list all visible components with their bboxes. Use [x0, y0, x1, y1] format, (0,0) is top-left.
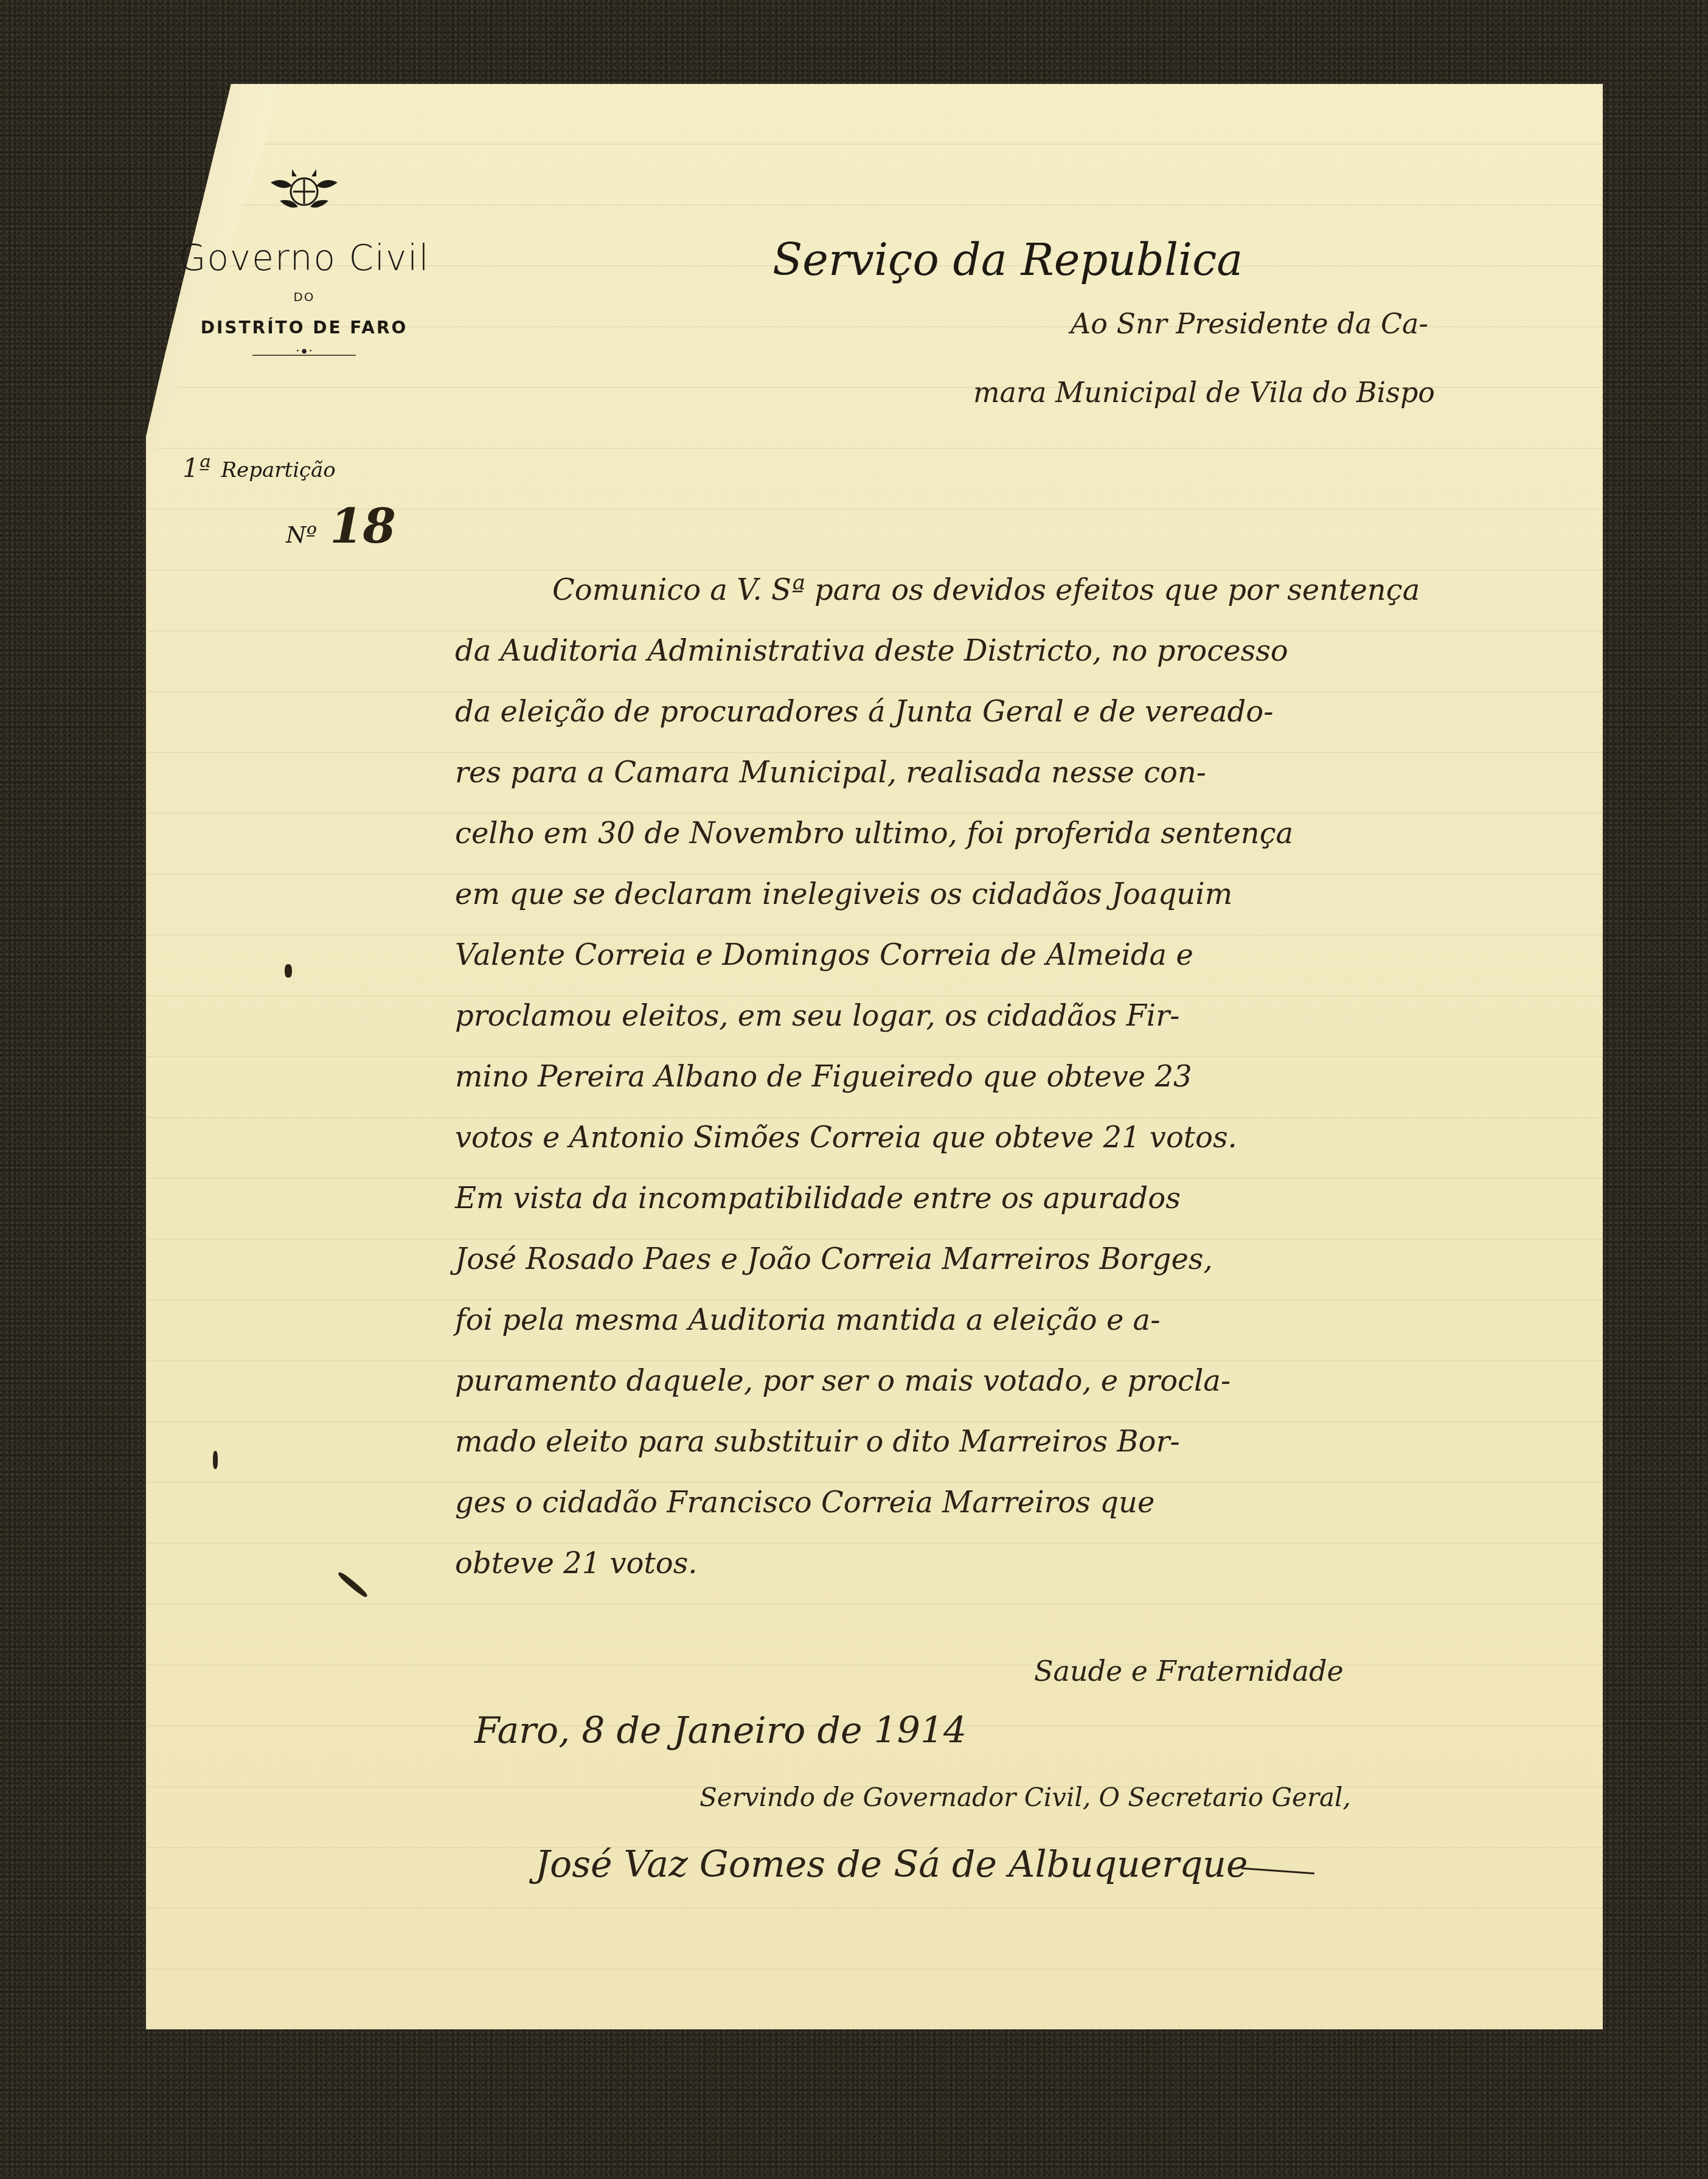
- addressee-line-2: mara Municipal de Vila do Bispo: [973, 376, 1435, 409]
- body-line: Em vista da incompatibilidade entre os a…: [455, 1168, 1611, 1229]
- letter-date: Faro, 8 de Janeiro de 1914: [474, 1709, 967, 1752]
- signature: José Vaz Gomes de Sá de Albuquerque: [535, 1843, 1248, 1886]
- closing-salutation: Saude e Fraternidade: [1034, 1655, 1344, 1687]
- letterhead-connector: DO: [158, 290, 450, 304]
- ink-blot: [213, 1451, 218, 1469]
- body-line: celho em 30 de Novembro ultimo, foi prof…: [455, 803, 1611, 864]
- body-line: foi pela mesma Auditoria mantida a eleiç…: [455, 1290, 1611, 1350]
- body-line: res para a Camara Municipal, realisada n…: [455, 742, 1611, 803]
- body-line: em que se declaram inelegiveis os cidadã…: [455, 864, 1611, 925]
- body-line: da Auditoria Administrativa deste Distri…: [455, 620, 1611, 681]
- coat-of-arms-icon: [259, 164, 350, 219]
- body-line: puramento daquele, por ser o mais votado…: [455, 1350, 1611, 1411]
- ornamental-divider: [252, 355, 356, 356]
- department-number: 1ª: [182, 453, 211, 483]
- letter-heading: Serviço da Republica: [772, 234, 1243, 285]
- letterhead: Governo Civil DO DISTRÍTO DE FARO: [158, 152, 450, 356]
- letter-body: Comunico a V. Sª para os devidos efeitos…: [455, 560, 1611, 1594]
- body-line: Valente Correia e Domingos Correia de Al…: [455, 925, 1611, 985]
- department-label: Repartição: [221, 458, 336, 482]
- body-line: votos e Antonio Simões Correia que obtev…: [455, 1107, 1611, 1168]
- number-value: 18: [330, 499, 396, 554]
- body-line: mado eleito para substituir o dito Marre…: [455, 1411, 1611, 1472]
- body-line: Comunico a V. Sª para os devidos efeitos…: [455, 560, 1611, 620]
- body-line: José Rosado Paes e João Correia Marreiro…: [455, 1229, 1611, 1290]
- ink-blot: [285, 964, 292, 978]
- signatory-role: Servindo de Governador Civil, O Secretar…: [700, 1782, 1351, 1812]
- body-line: da eleição de procuradores á Junta Geral…: [455, 681, 1611, 742]
- number-label: Nº: [286, 521, 317, 548]
- addressee-line-1: Ao Snr Presidente da Ca-: [1071, 307, 1428, 340]
- body-line: proclamou eleitos, em seu logar, os cida…: [455, 985, 1611, 1046]
- letterhead-district: DISTRÍTO DE FARO: [158, 318, 450, 338]
- department-field: 1ª Repartição: [182, 453, 336, 483]
- body-line: ges o cidadão Francisco Correia Marreiro…: [455, 1472, 1611, 1533]
- body-line: obteve 21 votos.: [455, 1533, 1611, 1594]
- body-line: mino Pereira Albano de Figueiredo que ob…: [455, 1046, 1611, 1107]
- letterhead-title: Governo Civil: [158, 237, 450, 279]
- document-number-field: Nº 18: [286, 499, 396, 554]
